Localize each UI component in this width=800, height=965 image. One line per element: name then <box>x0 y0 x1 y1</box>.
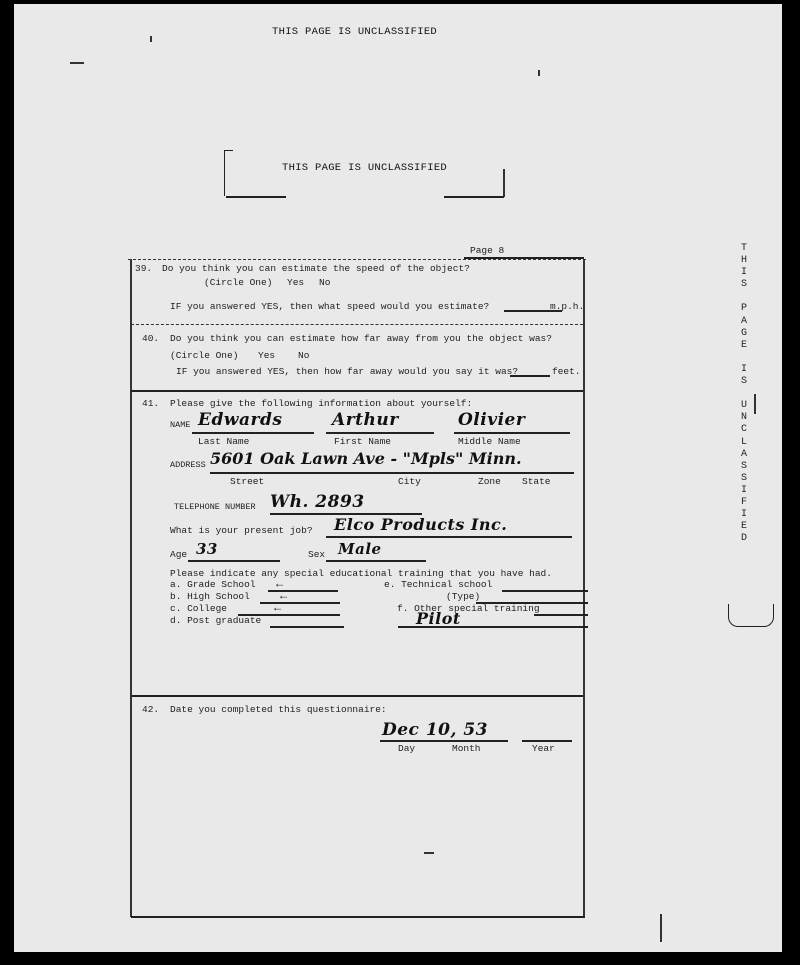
job-value[interactable]: Elco Products Inc. <box>334 515 507 534</box>
form-left-border <box>130 259 132 917</box>
sex-line <box>326 560 426 562</box>
last-name-value[interactable]: Edwards <box>198 410 282 430</box>
first-name-label: First Name <box>334 436 391 447</box>
form-right-border <box>583 259 585 917</box>
month-label: Month <box>452 743 481 754</box>
year-line <box>522 740 572 742</box>
scan-artifact <box>424 852 434 854</box>
last-name-label: Last Name <box>198 436 249 447</box>
technical-school-label: e. Technical school <box>384 579 492 590</box>
technical-school-line[interactable] <box>502 590 588 592</box>
scan-artifact <box>70 62 84 64</box>
q39-circle-one: (Circle One) <box>204 277 272 288</box>
side-unclassified-stamp: THIS PAGE IS UNCLASSIFIED <box>738 243 750 545</box>
type-label: (Type) <box>446 591 480 602</box>
scan-artifact <box>754 394 756 414</box>
first-name-value[interactable]: Arthur <box>332 410 399 430</box>
telephone-label: TELEPHONE NUMBER <box>174 502 256 512</box>
q40-divider <box>131 390 583 392</box>
side-stamp-bracket <box>728 604 774 627</box>
year-label: Year <box>532 743 555 754</box>
high-school-line <box>260 602 340 604</box>
zone-label: Zone <box>478 476 501 487</box>
stamp-bracket-right <box>503 169 505 197</box>
scan-artifact <box>150 36 152 42</box>
q39-number: 39. <box>135 263 152 274</box>
high-school-label: b. High School <box>170 591 250 602</box>
stamp-bracket-left <box>224 150 233 196</box>
job-label: What is your present job? <box>170 525 313 536</box>
stamp-underline-right <box>444 196 504 198</box>
telephone-value[interactable]: Wh. 2893 <box>270 492 365 512</box>
q42-number: 42. <box>142 704 159 715</box>
q40-unit: feet. <box>552 366 581 377</box>
q39-divider <box>131 324 583 325</box>
job-line <box>326 536 572 538</box>
age-label: Age <box>170 549 187 560</box>
college-check[interactable]: ← <box>274 601 281 615</box>
address-line <box>210 472 574 474</box>
city-label: City <box>398 476 421 487</box>
q39-yes-option[interactable]: Yes <box>287 277 304 288</box>
grade-school-line <box>268 590 338 592</box>
stamp-underline-left <box>226 196 286 198</box>
sex-value[interactable]: Male <box>338 540 382 558</box>
address-value[interactable]: 5601 Oak Lawn Ave - "Mpls" Minn. <box>210 449 522 468</box>
other-training-value-line <box>398 626 588 628</box>
document-page: THIS PAGE IS UNCLASSIFIED THIS PAGE IS U… <box>14 4 782 952</box>
q40-followup: IF you answered YES, then how far away w… <box>176 366 518 377</box>
form-bottom-border <box>131 916 585 918</box>
q42-prompt: Date you completed this questionnaire: <box>170 704 387 715</box>
middle-name-label: Middle Name <box>458 436 521 447</box>
q41-divider <box>131 695 583 697</box>
post-graduate-label: d. Post graduate <box>170 615 261 626</box>
q39-unit: m.p.h. <box>550 301 584 312</box>
form-top-border <box>128 259 586 260</box>
middle-name-line <box>454 432 570 434</box>
scan-artifact <box>538 70 540 76</box>
scan-artifact <box>660 914 662 942</box>
q41-number: 41. <box>142 398 159 409</box>
q40-question: Do you think you can estimate how far aw… <box>170 333 552 344</box>
last-name-line <box>192 432 314 434</box>
q39-question: Do you think you can estimate the speed … <box>162 263 470 274</box>
middle-name-value[interactable]: Olivier <box>458 410 525 430</box>
education-prompt: Please indicate any special educational … <box>170 568 552 579</box>
day-label: Day <box>398 743 415 754</box>
q40-circle-one: (Circle One) <box>170 350 238 361</box>
q40-yes-option[interactable]: Yes <box>258 350 275 361</box>
box-unclassified-stamp: THIS PAGE IS UNCLASSIFIED <box>282 162 447 174</box>
q40-answer-line[interactable] <box>510 375 550 377</box>
first-name-line <box>326 432 434 434</box>
q39-no-option[interactable]: No <box>319 277 330 288</box>
college-label: c. College <box>170 603 227 614</box>
date-line <box>380 740 508 742</box>
name-label: NAME <box>170 420 190 430</box>
street-label: Street <box>230 476 264 487</box>
state-label: State <box>522 476 551 487</box>
q40-number: 40. <box>142 333 159 344</box>
post-graduate-line[interactable] <box>270 626 344 628</box>
sex-label: Sex <box>308 549 325 560</box>
page-number: Page 8 <box>470 245 504 256</box>
age-value[interactable]: 33 <box>196 540 218 558</box>
grade-school-label: a. Grade School <box>170 579 256 590</box>
address-label: ADDRESS <box>170 460 206 470</box>
age-line <box>188 560 280 562</box>
q41-prompt: Please give the following information ab… <box>170 398 472 409</box>
q40-no-option[interactable]: No <box>298 350 309 361</box>
q39-followup: IF you answered YES, then what speed wou… <box>170 301 489 312</box>
completion-date-value[interactable]: Dec 10, 53 <box>382 720 488 740</box>
top-unclassified-stamp: THIS PAGE IS UNCLASSIFIED <box>272 26 437 38</box>
other-training-line <box>534 614 588 616</box>
